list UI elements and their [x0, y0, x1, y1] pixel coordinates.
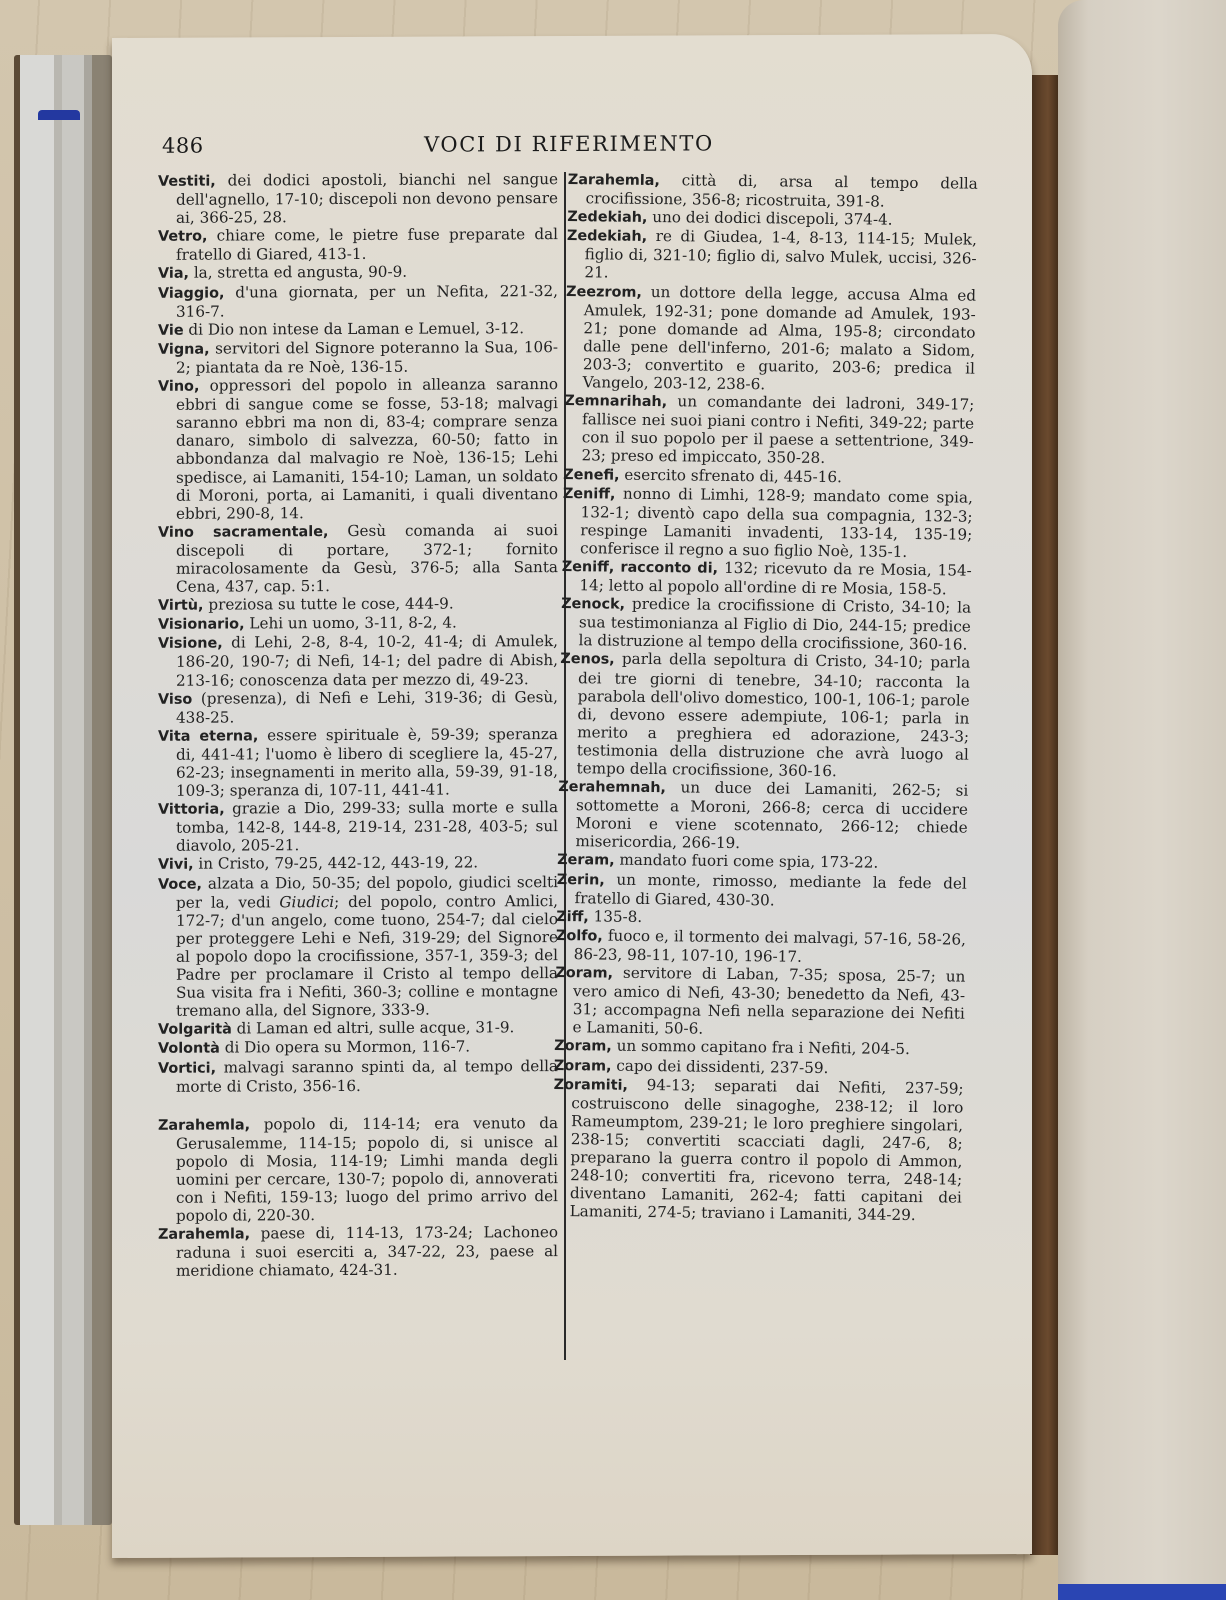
running-head-title: VOCI DI RIFERIMENTO [424, 131, 714, 156]
index-entry: Vita eterna, essere spirituale è, 59-39;… [158, 725, 558, 800]
index-entry: Zerin, un monte, rimosso, mediante la fe… [556, 870, 967, 912]
index-entry: Vigna, servitori del Signore poteranno l… [158, 338, 558, 377]
index-entry: Zedekiah, re di Giudea, 1-4, 8-13, 114-1… [566, 226, 977, 286]
facing-page [1058, 0, 1226, 1600]
index-entry: Zarahemla, paese di, 114-13, 173-24; Lac… [158, 1223, 558, 1280]
index-entry: Via, la, stretta ed angusta, 90-9. [158, 263, 558, 284]
index-entry: Zolfo, fuoco e, il tormento dei malvagi,… [556, 926, 967, 968]
index-entry: Vino, oppressori del popolo in alleanza … [158, 375, 558, 522]
index-entry: Zerahemnah, un duce dei Lamaniti, 262-5;… [557, 777, 968, 855]
letter-section-gap [158, 1094, 558, 1116]
index-entry: Volontà di Dio opera su Mormon, 116-7. [158, 1037, 558, 1058]
index-entry: Zenos, parla della sepoltura di Cristo, … [558, 649, 970, 781]
index-entry: Zeniff, nonno di Limhi, 128-9; mandato c… [562, 484, 973, 562]
index-entry: Viso (presenza), di Nefi e Lehi, 319-36;… [158, 688, 558, 727]
index-entry: Vestiti, dei dodici apostoli, bianchi ne… [158, 170, 558, 227]
index-entry: Visionario, Lehi un uomo, 3-11, 8-2, 4. [158, 613, 558, 634]
index-entry: Zemnarihah, un comandante dei ladroni, 3… [563, 391, 974, 469]
page-number: 486 [162, 134, 204, 158]
index-entry: Zeniff, racconto di, 132; ricevuto da re… [561, 557, 972, 599]
index-entry: Vetro, chiare come, le pietre fuse prepa… [158, 225, 558, 264]
index-entry: Voce, alzata a Dio, 50-35; del popolo, g… [158, 873, 558, 1020]
blue-cover-band [1058, 1584, 1226, 1600]
index-entry: Viaggio, d'una giornata, per un Nefita, … [158, 282, 558, 321]
page-header: 486 VOCI DI RIFERIMENTO [162, 130, 982, 162]
left-index-column: Vestiti, dei dodici apostoli, bianchi ne… [158, 170, 558, 1280]
right-index-column: Zarahemla, città di, arsa al tempo della… [552, 170, 978, 1225]
index-page: 486 VOCI DI RIFERIMENTO Vestiti, dei dod… [112, 34, 1032, 1558]
index-entry: Zarahemla, popolo di, 114-14; era venuto… [158, 1114, 558, 1225]
index-entry: Vie di Dio non intese da Laman e Lemuel,… [158, 319, 558, 340]
index-entry: Zeezrom, un dottore della legge, accusa … [565, 282, 977, 396]
index-entry: Vortici, malvagi saranno spinti da, al t… [158, 1057, 558, 1096]
book-page-block-edge [14, 55, 112, 1525]
index-entry: Zoram, servitore di Laban, 7-35; sposa, … [554, 963, 965, 1041]
index-entry: Zenock, predice la crocifissione di Cris… [560, 594, 971, 654]
index-entry: Visione, di Lehi, 2-8, 8-4, 10-2, 41-4; … [158, 632, 558, 689]
blue-cover-edge [38, 110, 80, 120]
index-entry: Zarahemla, città di, arsa al tempo della… [567, 170, 978, 212]
index-entry: Volgarità di Laman ed altri, sulle acque… [158, 1018, 558, 1039]
index-entry: Vivi, in Cristo, 79-25, 442-12, 443-19, … [158, 854, 558, 875]
index-entry: Vittoria, grazie a Dio, 299-33; sulla mo… [158, 798, 558, 855]
index-entry: Virtù, preziosa su tutte le cose, 444-9. [158, 594, 558, 615]
index-entry: Zoramiti, 94-13; separati dai Nefiti, 23… [552, 1075, 964, 1225]
index-entry: Vino sacramentale, Gesù comanda ai suoi … [158, 521, 558, 596]
book-gutter [1030, 75, 1060, 1555]
